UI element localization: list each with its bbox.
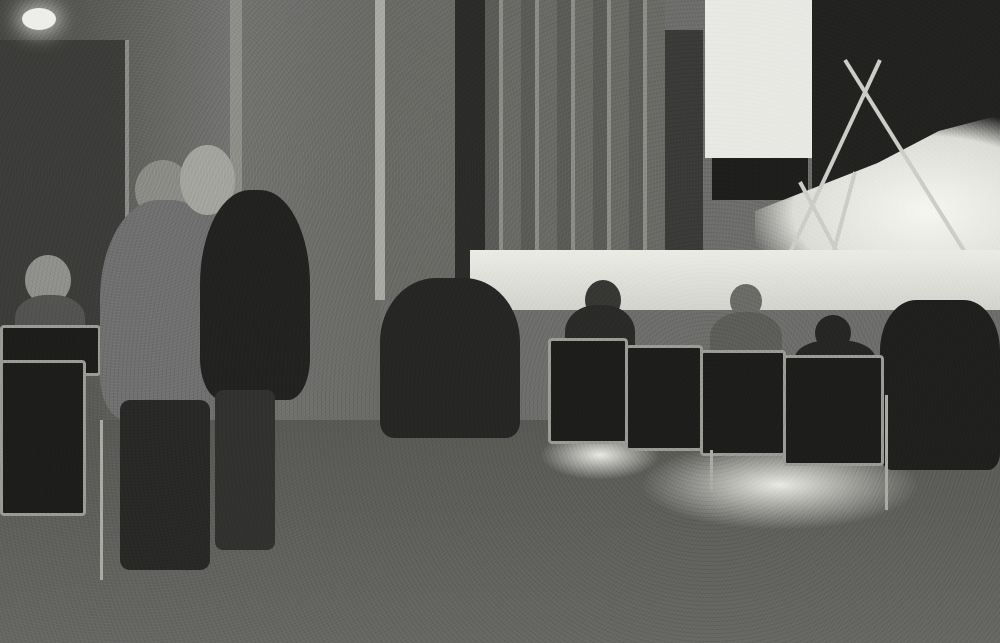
pillar bbox=[375, 0, 385, 300]
standing-woman-legs bbox=[120, 400, 210, 570]
chair bbox=[0, 360, 86, 516]
standing-man-legs bbox=[215, 390, 275, 550]
screen-base bbox=[712, 158, 808, 200]
chair-leg bbox=[885, 395, 888, 510]
planter bbox=[380, 278, 520, 438]
photo-scene bbox=[0, 0, 1000, 643]
chair bbox=[700, 350, 786, 456]
bright-screen bbox=[705, 0, 813, 158]
chair bbox=[548, 338, 628, 444]
ceiling-lamp bbox=[22, 8, 56, 30]
planter bbox=[880, 300, 1000, 470]
standing-man-coat bbox=[200, 190, 310, 400]
chair-leg bbox=[100, 420, 103, 580]
chair bbox=[625, 345, 703, 451]
chair-leg bbox=[710, 450, 713, 490]
chair bbox=[783, 355, 884, 466]
column bbox=[665, 30, 703, 270]
